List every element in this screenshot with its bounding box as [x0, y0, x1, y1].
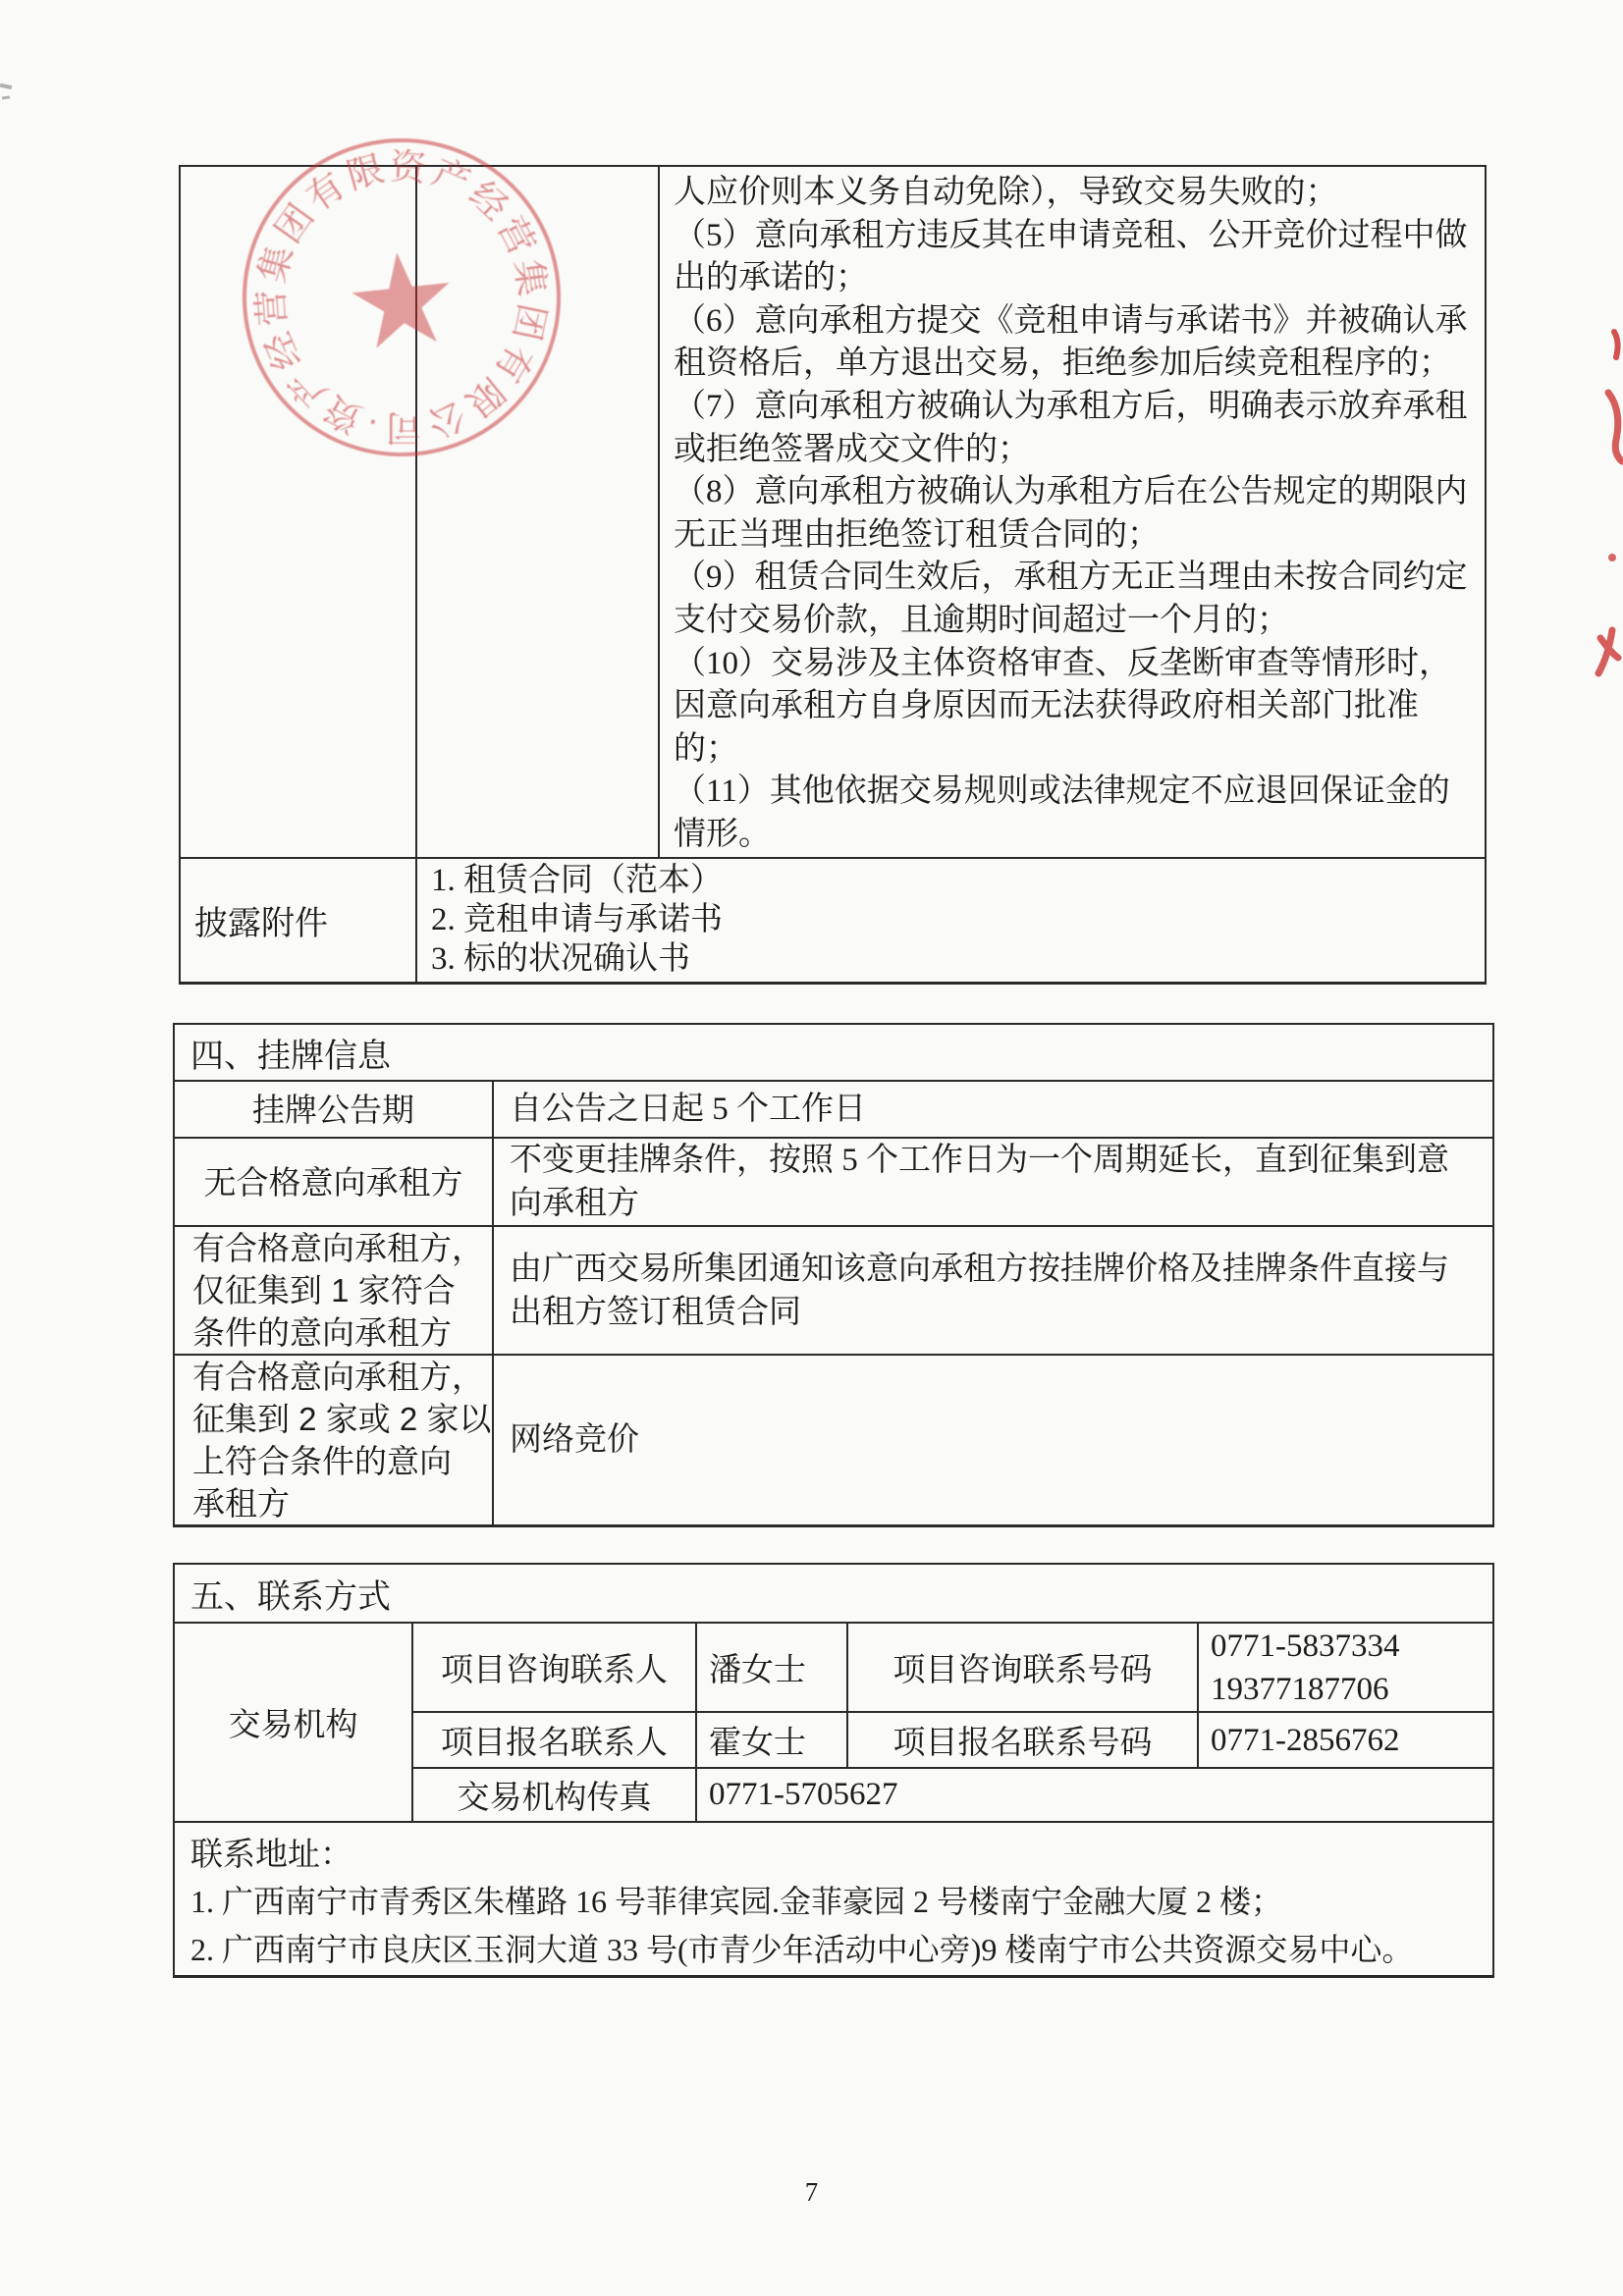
- inquiry-contact-label: 项目咨询联系人: [412, 1623, 696, 1712]
- empty-label-cell: [180, 166, 416, 858]
- page-number: 7: [0, 2177, 1623, 2208]
- registration-contact-label: 项目报名联系人: [412, 1712, 696, 1768]
- clause-lines: 人应价则本义务自动免除），导致交易失败的；（5）意向承租方违反其在申请竞租、公开…: [674, 172, 1477, 857]
- red-margin-marks: [1579, 314, 1623, 707]
- one-qualified-tenant-label: 有合格意向承租方，仅征集到 1 家符合条件的意向承租方: [174, 1226, 493, 1355]
- deposit-rules-table: 人应价则本义务自动免除），导致交易失败的；（5）意向承租方违反其在申请竞租、公开…: [179, 165, 1487, 985]
- scan-artifact: [0, 83, 12, 89]
- fax-number: 0771-5705627: [696, 1768, 1493, 1822]
- disclosure-attachments-label: 披露附件: [180, 858, 416, 984]
- contact-address-lines: 1. 广西南宁市青秀区朱槿路 16 号菲律宾园.金菲豪园 2 号楼南宁金融大厦 …: [190, 1878, 1483, 1974]
- two-plus-qualified-tenants-value: 网络竞价: [493, 1355, 1493, 1526]
- scan-artifact: [2, 95, 10, 99]
- inquiry-phone-numbers: 0771-583733419377187706: [1198, 1623, 1493, 1712]
- fax-label: 交易机构传真: [412, 1768, 696, 1822]
- registration-phone-label: 项目报名联系号码: [847, 1712, 1198, 1768]
- registration-phone-numbers: 0771-2856762: [1198, 1712, 1493, 1768]
- listing-info-title: 四、挂牌信息: [174, 1024, 1493, 1081]
- contact-address-block: 联系地址： 1. 广西南宁市青秀区朱槿路 16 号菲律宾园.金菲豪园 2 号楼南…: [174, 1822, 1493, 1976]
- trading-institution-label: 交易机构: [174, 1623, 412, 1822]
- deposit-forfeit-clauses: 人应价则本义务自动免除），导致交易失败的；（5）意向承租方违反其在申请竞租、公开…: [659, 166, 1486, 858]
- no-qualified-tenant-value: 不变更挂牌条件，按照 5 个工作日为一个周期延长，直到征集到意向承租方: [493, 1138, 1493, 1226]
- inquiry-contact-name: 潘女士: [696, 1623, 847, 1712]
- disclosure-attachments-list: 1. 租赁合同（范本）2. 竞租申请与承诺书3. 标的状况确认书: [416, 858, 1486, 984]
- registration-contact-name: 霍女士: [696, 1712, 847, 1768]
- empty-label-cell-2: [416, 166, 659, 858]
- two-plus-qualified-tenants-label: 有合格意向承租方，征集到 2 家或 2 家以上符合条件的意向承租方: [174, 1355, 493, 1526]
- listing-info-table: 四、挂牌信息 挂牌公告期 自公告之日起 5 个工作日 无合格意向承租方 不变更挂…: [173, 1023, 1494, 1527]
- listing-period-value: 自公告之日起 5 个工作日: [493, 1081, 1493, 1138]
- one-qualified-tenant-value: 由广西交易所集团通知该意向承租方按挂牌价格及挂牌条件直接与出租方签订租赁合同: [493, 1226, 1493, 1355]
- no-qualified-tenant-label: 无合格意向承租方: [174, 1138, 493, 1226]
- inquiry-phone-label: 项目咨询联系号码: [847, 1623, 1198, 1712]
- contact-address-label: 联系地址：: [190, 1831, 1483, 1878]
- contact-info-table: 五、联系方式 交易机构 项目咨询联系人 潘女士 项目咨询联系号码 0771-58…: [173, 1563, 1494, 1978]
- contact-info-title: 五、联系方式: [174, 1564, 1493, 1623]
- listing-period-label: 挂牌公告期: [174, 1081, 493, 1138]
